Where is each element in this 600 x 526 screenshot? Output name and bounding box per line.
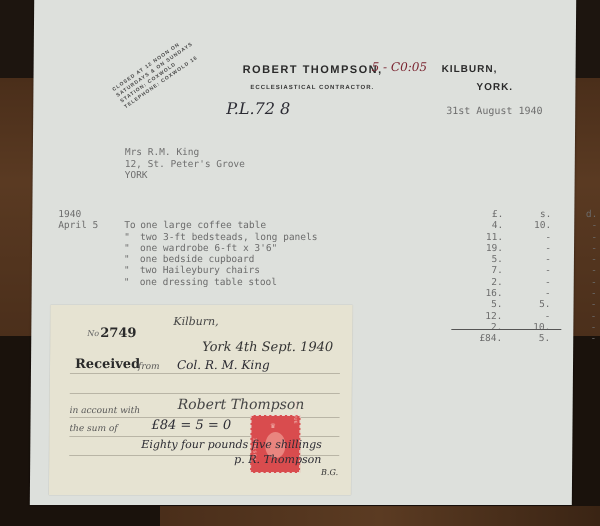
amount-shillings: - [503, 265, 551, 276]
address-line: YORK [125, 170, 245, 182]
invoice-document: CLOSED AT 12 NOON ON SATURDAYS & ON SUND… [30, 0, 576, 505]
receipt-signature: p. R. Thompson [234, 453, 321, 466]
amount-row: 19.-- [455, 243, 597, 254]
address-line: Mrs R.M. King [125, 147, 245, 159]
amount-pence: - [550, 311, 596, 322]
item-prefix: " [124, 243, 140, 254]
receipt-card: Kilburn, No 2749 York 4th Sept. 1940 Rec… [49, 305, 353, 495]
receipt-account-label: in account with [70, 406, 141, 416]
amount-row: 7.-- [455, 265, 597, 276]
receipt-sum: £84 = 5 = 0 [151, 418, 231, 433]
amount-pounds: 4. [455, 220, 503, 231]
receipt-sum-label: the sum of [69, 424, 117, 434]
receipt-from: Col. R. M. King [177, 358, 270, 372]
item-date [58, 277, 124, 288]
letterhead-name: ROBERT THOMPSON, [243, 64, 383, 76]
amount-shillings: - [503, 243, 551, 254]
invoice-items: 1940 April 5 To one large coffee table "… [58, 209, 318, 288]
amount-pence: - [551, 265, 597, 276]
item-prefix: " [124, 232, 140, 243]
amount-shillings: 5. [502, 299, 550, 310]
amount-shillings: - [503, 254, 551, 265]
amount-pounds: 7. [455, 265, 503, 276]
receipt-account: Robert Thompson [178, 397, 305, 413]
amount-row: 2.10.- [454, 322, 596, 333]
recipient-address: Mrs R.M. King 12, St. Peter's Grove YORK [125, 147, 245, 182]
pounds-header: £. [455, 209, 503, 220]
receipt-received-label: Received [75, 357, 140, 372]
item-description: one wardrobe 6-ft x 3'6" [140, 243, 277, 254]
amount-pence: - [551, 243, 597, 254]
items-year-row: 1940 [58, 209, 317, 220]
receipt-from-label: from [138, 362, 160, 372]
crown-icon: ♛ [270, 421, 275, 430]
receipt-sum-words: Eighty four pounds five shillings [141, 438, 322, 451]
letterhead-city: YORK. [476, 82, 513, 93]
receipt-rule [70, 373, 340, 374]
table-row: " one wardrobe 6-ft x 3'6" [58, 243, 317, 254]
amount-pence: - [550, 299, 596, 310]
receipt-place: Kilburn, [173, 315, 218, 328]
amount-pence: - [551, 254, 597, 265]
table-row: April 5 To one large coffee table [58, 220, 317, 231]
amount-shillings: 10. [502, 322, 550, 333]
receipt-rule [70, 393, 340, 394]
item-prefix: To [124, 220, 140, 231]
amount-shillings: - [502, 311, 550, 322]
amount-pounds: 2. [455, 277, 503, 288]
amount-row: 11.-- [455, 232, 597, 243]
table-row: " two 3-ft bedsteads, long panels [58, 232, 317, 243]
receipt-initials: B.G. [321, 468, 338, 477]
item-date [58, 243, 124, 254]
amount-pence: - [551, 220, 597, 231]
amount-pounds: 12. [454, 311, 502, 322]
table-row: " two Haileybury chairs [58, 265, 317, 276]
receipt-number-label: No [87, 329, 99, 338]
amount-shillings: - [503, 288, 551, 299]
handwritten-note: P.L.72 8 [226, 99, 290, 118]
item-date [58, 232, 124, 243]
amount-row: 16.-- [455, 288, 597, 299]
pence-header: d. [551, 209, 597, 220]
shillings-header: s. [503, 209, 551, 220]
amount-row: 4.10.- [455, 220, 597, 231]
amount-shillings: - [503, 232, 551, 243]
invoice-year: 1940 [58, 209, 124, 220]
table-row: " one dressing table stool [58, 277, 317, 288]
receipt-number: 2749 [100, 326, 136, 341]
total-row: £84.5.- [454, 333, 596, 344]
wood-background-bottom [160, 506, 600, 526]
item-prefix: " [124, 277, 140, 288]
amount-row: 5.5.- [454, 299, 596, 310]
receipt-date: York 4th Sept. 1940 [202, 340, 333, 355]
item-description: one bedside cupboard [140, 254, 254, 265]
item-date [58, 265, 124, 276]
letterhead-diagonal-notice: CLOSED AT 12 NOON ON SATURDAYS & ON SUND… [111, 35, 202, 110]
total-pence: - [550, 333, 596, 344]
handwritten-reference: 5 - C0:05 [372, 60, 428, 74]
amounts-header: £. s. d. [455, 209, 597, 220]
amount-pounds: 2. [454, 322, 502, 333]
amount-pence: - [551, 277, 597, 288]
invoice-amounts: £. s. d. 4.10.- 11.-- 19.-- 5.-- 7.-- 2.… [454, 209, 597, 345]
table-row: " one bedside cupboard [58, 254, 317, 265]
amount-shillings: - [503, 277, 551, 288]
item-date [58, 254, 124, 265]
amount-shillings: 10. [503, 220, 551, 231]
item-description: one large coffee table [140, 220, 266, 231]
address-line: 12, St. Peter's Grove [125, 159, 245, 171]
amount-pounds: 11. [455, 232, 503, 243]
item-prefix: " [124, 265, 140, 276]
amount-pounds: 5. [454, 299, 502, 310]
amount-pounds: 16. [455, 288, 503, 299]
item-date: April 5 [58, 220, 124, 231]
total-shillings: 5. [502, 333, 550, 344]
invoice-date: 31st August 1940 [446, 106, 542, 117]
amount-row: 5.-- [455, 254, 597, 265]
amount-pence: - [551, 232, 597, 243]
letterhead-place: KILBURN, [442, 64, 498, 75]
item-description: two 3-ft bedsteads, long panels [140, 232, 317, 243]
total-divider [451, 329, 561, 330]
amount-pence: - [550, 322, 596, 333]
amount-pounds: 5. [455, 254, 503, 265]
letterhead-subtitle: ECCLESIASTICAL CONTRACTOR. [250, 85, 374, 91]
item-description: two Haileybury chairs [140, 265, 260, 276]
item-description: one dressing table stool [140, 277, 277, 288]
amount-pence: - [551, 288, 597, 299]
amount-pounds: 19. [455, 243, 503, 254]
amount-row: 2.-- [455, 277, 597, 288]
amount-row: 12.-- [454, 311, 596, 322]
stamp-right-text: REVENUE [294, 401, 299, 424]
total-pounds: £84. [454, 333, 502, 344]
item-prefix: " [124, 254, 140, 265]
